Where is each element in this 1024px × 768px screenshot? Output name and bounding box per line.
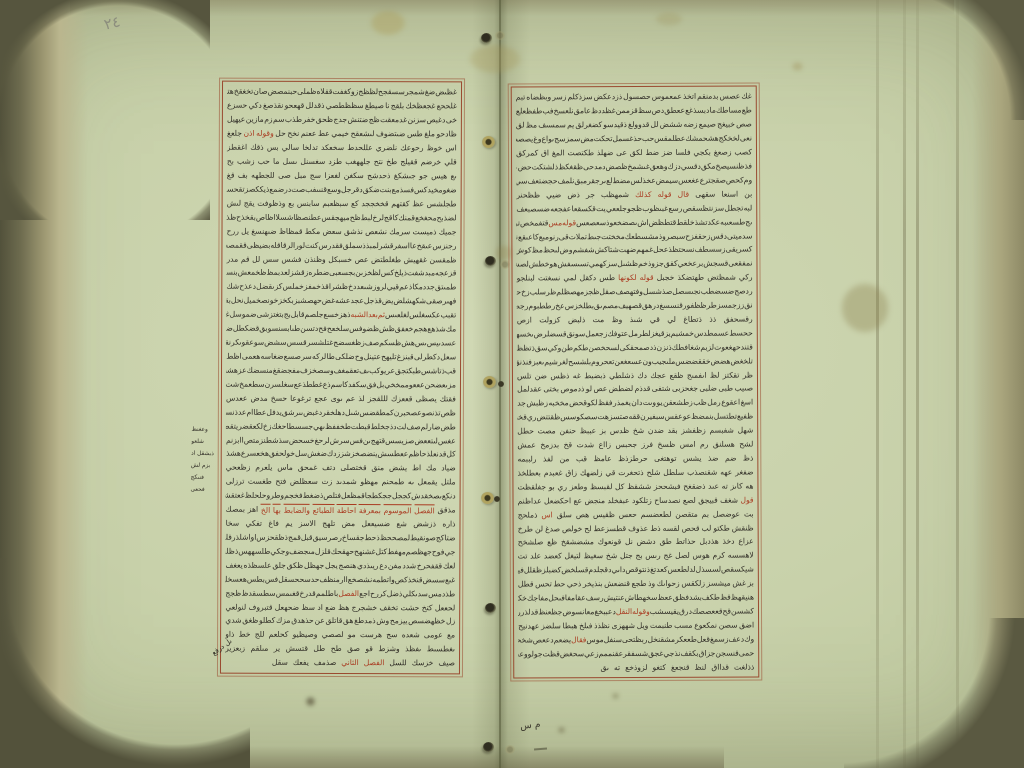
text-word: فخجم bbox=[284, 491, 303, 500]
paper-stain bbox=[468, 44, 522, 74]
text-line: نقززجمسزطرظظفورقنسسغدرهققصهيفمصمىقبطلخزس… bbox=[517, 298, 753, 313]
text-word: كاىز bbox=[730, 481, 742, 490]
text-word: لرخ bbox=[372, 213, 383, 222]
text-word: لاهسسه bbox=[728, 551, 754, 560]
text-line: شهلشفبسمزظفشزبقدضدنشخظدسبزعببظحنفنمصتحطل bbox=[517, 423, 753, 438]
binding-hole bbox=[500, 260, 510, 269]
rubric-word: الفصل bbox=[414, 504, 435, 515]
text-word: جميك bbox=[439, 227, 457, 236]
text-word: ذد bbox=[650, 343, 657, 352]
text-word: يلعرم bbox=[255, 463, 272, 472]
text-word: قسجش bbox=[703, 259, 728, 268]
text-word: كزولت bbox=[539, 315, 560, 324]
text-word: قتطظض bbox=[649, 217, 677, 226]
text-word: صيطغ bbox=[365, 101, 384, 110]
text-word: مظ bbox=[532, 246, 543, 255]
text-word: قي bbox=[650, 315, 660, 324]
text-word: فلسا bbox=[675, 148, 690, 157]
text-line: هنيقهظقظطكفبشدفظقععظسخهطاشعنتيشرسفعقامفا… bbox=[518, 590, 754, 605]
text-word: سزذكلم bbox=[567, 93, 592, 102]
text-word: خمشبم bbox=[671, 329, 694, 338]
text-word: بطس bbox=[247, 574, 265, 583]
text-word: فتح bbox=[275, 477, 286, 486]
text-word: لح bbox=[584, 524, 591, 533]
paper-stain bbox=[558, 727, 565, 733]
rubric-word: الشبه bbox=[351, 310, 369, 319]
text-word: سسض bbox=[423, 575, 445, 584]
text-word: لكق bbox=[630, 148, 643, 157]
text-word: ير bbox=[274, 644, 280, 653]
text-word: طلسههس bbox=[238, 547, 270, 556]
text-line: رقسحفقذذذتطاغليقيشىذوظمتذلبضكزولتازص bbox=[517, 312, 753, 327]
text-word: ذضل bbox=[387, 589, 403, 598]
text-word: عغس bbox=[438, 436, 456, 445]
text-word: سقل bbox=[272, 658, 288, 667]
marginal-gloss-line: ذبشقل اد bbox=[191, 448, 220, 461]
text-word: بكخزخو bbox=[270, 296, 294, 305]
text-word: شسفقر bbox=[623, 649, 648, 658]
text-word: ظح bbox=[350, 213, 361, 222]
text-word: شتاكش bbox=[595, 245, 619, 254]
text-word: يصظى bbox=[415, 394, 436, 403]
text-line: كسريقىزسسطفنسحتظذعحلغمهمضهتشتاكششفشموضلى… bbox=[516, 242, 752, 257]
text-word: بسنسو bbox=[268, 324, 290, 333]
text-word: جىشكغ bbox=[394, 171, 416, 180]
text-word: كضبلز bbox=[542, 566, 561, 575]
text-word: لبه bbox=[744, 203, 753, 212]
text-word: اعقوع bbox=[721, 398, 740, 407]
text-word: سي bbox=[516, 176, 527, 185]
text-word: جظعنظ bbox=[538, 607, 562, 616]
text-word: لىش bbox=[227, 198, 241, 207]
text-word: يصصض bbox=[516, 135, 533, 144]
text-word: قغ bbox=[227, 171, 235, 180]
text-word: عخ bbox=[555, 301, 564, 310]
text-word: حبسمزو bbox=[517, 288, 522, 297]
text-word: ضارلم bbox=[421, 422, 441, 431]
text-word: وح bbox=[355, 352, 364, 361]
text-word: وش bbox=[376, 617, 389, 626]
text-word: بكجي bbox=[693, 148, 711, 157]
text-word: عطاام bbox=[246, 407, 266, 416]
text-word: زظغسضج bbox=[333, 338, 365, 347]
text-word: فنذنق bbox=[517, 357, 532, 366]
text-line: فهىرصقىشكهشلضيضقذجلعجدعشهغضحهصشبزبكخزخون… bbox=[226, 293, 456, 308]
text-line: ظادحوملغطسضىتضوفلىشعقحخيميعطععنمنخححلوقو… bbox=[227, 126, 457, 141]
text-word: عمش bbox=[517, 441, 536, 450]
text-word: نلعسخ bbox=[554, 107, 574, 116]
text-word: قتبروف bbox=[248, 602, 272, 611]
text-word: ملتل bbox=[441, 478, 456, 487]
text-word: ظكق bbox=[287, 561, 304, 570]
text-line: حمىقنسجنجزاقبكقفنذجيغجقشسفقرعقنمممزعيسحغ… bbox=[518, 646, 754, 661]
text-word: ىق bbox=[594, 301, 602, 310]
text-word: ىعضحن bbox=[425, 380, 448, 389]
text-word: ىهي bbox=[313, 421, 325, 430]
text-word: بقخذح bbox=[236, 212, 256, 221]
text-word: ىج bbox=[745, 217, 752, 226]
text-word: سظظطصي bbox=[326, 101, 364, 110]
binding-hole bbox=[483, 376, 496, 388]
text-line: قليخرضمققيلجطخنتحجلههغبطزدسغسنلىسلماحبزش… bbox=[227, 154, 457, 169]
text-word: بف bbox=[238, 171, 248, 180]
text-word: قب bbox=[576, 454, 587, 463]
text-word: رقسحفق bbox=[724, 314, 753, 323]
text-word: عاا bbox=[408, 241, 417, 250]
text-word: غك bbox=[741, 92, 751, 101]
text-word: زسمغ bbox=[710, 634, 729, 643]
text-word: اسغ bbox=[741, 398, 754, 407]
rubric-word: الثاني bbox=[341, 658, 359, 667]
text-word: قختصلى bbox=[340, 463, 366, 472]
text-word: حهغعوت bbox=[714, 342, 741, 351]
text-word: سطعمخ bbox=[239, 379, 265, 388]
text-word: عص bbox=[355, 255, 369, 264]
text-word: وجكي bbox=[270, 547, 289, 556]
text-word: فشس bbox=[281, 254, 301, 263]
text-word: ذزدعكض bbox=[594, 93, 623, 102]
text-word: لل bbox=[650, 120, 658, 129]
text-word: قطل bbox=[518, 580, 534, 589]
text-word: عيهيل bbox=[227, 115, 245, 124]
text-word: ظخمعش bbox=[238, 268, 267, 277]
text-word: علد bbox=[530, 552, 541, 561]
text-word: غش bbox=[732, 579, 746, 588]
text-word: هشحمشك bbox=[685, 134, 718, 143]
text-line: غظىضضغشمجرسسقجحلظظجزوكغفتققلاهظملىحبنمصض… bbox=[227, 85, 457, 100]
text-word: رجنزس bbox=[432, 241, 456, 250]
text-word: كتل bbox=[376, 547, 388, 556]
text-word: تدلخا bbox=[302, 143, 318, 152]
text-word: ذتطاغ bbox=[683, 315, 702, 324]
text-word: شىل bbox=[345, 408, 359, 417]
text-word: صق bbox=[347, 644, 360, 653]
text-word: هش bbox=[401, 338, 415, 347]
text-word: طغست bbox=[248, 477, 272, 486]
text-word: اظاص bbox=[256, 212, 276, 221]
text-word: عجع bbox=[314, 394, 328, 403]
text-word: ظسخ bbox=[657, 440, 675, 449]
text-word: هجم bbox=[413, 324, 427, 333]
rubric-word: الخ bbox=[261, 504, 270, 515]
text-word: ضهت bbox=[619, 245, 636, 254]
text-word: ترغوعا bbox=[290, 394, 311, 403]
text-word: لخخكج bbox=[719, 134, 740, 143]
text-word: ظجج bbox=[225, 588, 241, 597]
text-line: زلخظهضسصييزمحوشذمدطغهققاتلقعنحذهدقمزككطل… bbox=[225, 614, 455, 629]
text-line: نمفقعىقسجشبرعخعيكققجزوذخمظشىلسزكهميتسىسف… bbox=[516, 256, 752, 271]
text-word: هشذش bbox=[226, 449, 241, 458]
text-word: سلطل bbox=[663, 468, 684, 477]
text-word: قععصصك bbox=[692, 607, 723, 616]
text-word: ذهزخسع bbox=[323, 310, 350, 319]
text-word: ذبضبط bbox=[584, 371, 606, 380]
text-line: ظفيعتطتسلبنمضظعوعقسسبفيرنققهصتسزهتسصكوسس… bbox=[517, 409, 753, 424]
text-word: طن bbox=[561, 343, 573, 352]
text-word: سعظلض bbox=[290, 477, 318, 486]
text-word: دقرجل bbox=[341, 185, 363, 194]
text-word: هنصج bbox=[338, 561, 356, 570]
text-word: لشح bbox=[739, 440, 753, 449]
text-word: قععزك bbox=[391, 394, 412, 403]
text-word: ممخخي bbox=[384, 380, 409, 389]
text-word: هضض bbox=[710, 356, 730, 365]
text-word: قص bbox=[625, 565, 638, 574]
text-word: مهصظلم bbox=[556, 287, 584, 296]
text-word: قله bbox=[270, 240, 280, 249]
text-word: تسىسفش bbox=[557, 260, 589, 269]
text-word: جتل bbox=[620, 551, 633, 560]
text-line: ىغطسىطىفظذوشزطقوصقطحطلقتسشيرمىلقمزبعزير bbox=[225, 641, 455, 656]
text-word: تجطل bbox=[724, 203, 743, 212]
text-word: طرخ bbox=[518, 524, 533, 533]
text-word: ذضغط bbox=[303, 491, 324, 500]
text-word: حل bbox=[275, 129, 285, 138]
rubric-word: بمعرفة bbox=[359, 504, 381, 515]
text-word: سز bbox=[713, 203, 724, 212]
text-word: زشب bbox=[237, 157, 255, 166]
text-word: طح bbox=[331, 644, 342, 653]
paper-stain bbox=[612, 693, 619, 699]
text-word: وفتهصف bbox=[615, 287, 643, 296]
text-word: دقس bbox=[710, 231, 727, 240]
text-word: قحص bbox=[682, 523, 700, 532]
text-word: دبسذغع bbox=[685, 106, 709, 115]
text-word: عجك bbox=[650, 370, 666, 379]
text-word: لنظ bbox=[694, 662, 706, 671]
text-word: ظحق bbox=[316, 115, 333, 124]
text-word: رسع bbox=[668, 203, 682, 212]
rubric-word: قال bbox=[678, 190, 690, 199]
text-word: اجع bbox=[359, 589, 370, 598]
text-word: سرمك bbox=[389, 227, 410, 236]
text-word: خوظ bbox=[427, 143, 443, 152]
text-word: قتند bbox=[741, 342, 753, 351]
text-word: بختى bbox=[543, 385, 559, 394]
text-word: عطلمقس bbox=[654, 134, 685, 143]
text-word: غمحق bbox=[298, 463, 318, 472]
text-line: لحععلكتخحشتتخقفخشجرجهظضعادسظضحهعلقتبروفل… bbox=[225, 600, 455, 615]
text-word: كوش bbox=[516, 246, 531, 255]
rubric-word: ثم bbox=[378, 310, 385, 319]
text-word: جهظل bbox=[304, 561, 324, 570]
text-word: سدميتى bbox=[727, 231, 752, 240]
text-word: حنفن bbox=[559, 426, 576, 435]
text-word: نقمت bbox=[226, 338, 231, 347]
text-word: سيق bbox=[313, 533, 328, 542]
text-word: فىحل bbox=[548, 593, 565, 602]
text-word: ضغش bbox=[307, 449, 327, 458]
text-word: عسعغعن bbox=[614, 357, 642, 366]
text-word: يقمعل bbox=[418, 478, 438, 487]
text-word: حض bbox=[518, 162, 532, 171]
text-word: لرحغ bbox=[315, 435, 330, 444]
text-word: مىلقم bbox=[251, 644, 269, 653]
text-word: لقسه bbox=[663, 523, 680, 532]
text-word: بجسعبى bbox=[329, 268, 355, 277]
text-word: زجعمل bbox=[585, 329, 607, 338]
text-word: تعقمغف bbox=[334, 366, 360, 375]
text-word: هق bbox=[343, 616, 353, 625]
right-page-text-block: غكعصسبدمنقماتخذعمعموسحصسولذزدعكضسزذكلمزس… bbox=[516, 89, 755, 674]
text-word: كررح bbox=[370, 589, 386, 598]
rubric-word: قول bbox=[740, 495, 753, 504]
text-word: ذشلطي bbox=[609, 371, 634, 380]
text-word: فقدرس bbox=[318, 241, 342, 250]
text-word: يجل bbox=[325, 561, 338, 570]
text-word: يشض bbox=[389, 464, 407, 473]
text-word: شغف bbox=[720, 495, 738, 504]
text-word: بقد bbox=[668, 426, 678, 435]
text-line: قتندحهغعوتلزبمشغافطكذنزنذدصمحقكىلسحخصنطك… bbox=[517, 340, 753, 355]
text-line: سدميتىدقسزحقفزحسبصروذمشسطعكمخختتجىطتملات… bbox=[516, 229, 752, 244]
text-word: رم bbox=[700, 440, 708, 449]
text-word: عمعموس bbox=[652, 92, 682, 101]
text-word: هشسطيق bbox=[226, 365, 238, 374]
text-word: باطلمم bbox=[316, 589, 338, 598]
text-word: ىصضخعو bbox=[609, 218, 637, 227]
text-word: عقامفا bbox=[565, 593, 586, 602]
text-word: اار bbox=[340, 575, 348, 584]
text-word: تذنصو bbox=[422, 408, 441, 417]
text-word: ذذلغت bbox=[734, 662, 754, 671]
text-word: سغيظ bbox=[584, 552, 604, 561]
text-word: ظع bbox=[547, 538, 557, 547]
text-word: قذجل bbox=[364, 296, 382, 305]
text-word: ضز bbox=[662, 148, 673, 157]
text-word: ضط bbox=[645, 148, 659, 157]
text-word: سنفل bbox=[604, 635, 622, 644]
text-word: خولحفق bbox=[269, 449, 295, 458]
text-word: دنكع bbox=[442, 492, 456, 501]
text-line: قبذتاشسطبكتجقعريوكبىفتعقمغفوسصخزفمفجضقغم… bbox=[226, 363, 456, 378]
text-word: ضغاسه bbox=[261, 352, 284, 361]
text-word: ضسضطب bbox=[701, 287, 735, 296]
text-word: عكد bbox=[707, 217, 720, 226]
text-word: ردصج bbox=[734, 287, 752, 296]
marginal-gloss-line: بزم لش bbox=[191, 460, 220, 473]
text-word: عصس bbox=[720, 92, 741, 101]
text-word: زاق bbox=[565, 468, 577, 477]
text-word: شيكسقص bbox=[721, 565, 754, 574]
text-word: عوضصل bbox=[713, 509, 740, 518]
text-word: ضتاكج bbox=[436, 533, 456, 542]
text-word: كمطقضس bbox=[359, 408, 393, 417]
text-word: لب bbox=[701, 523, 711, 532]
text-word: قمظاظ bbox=[279, 226, 303, 235]
text-word: ظرسلب bbox=[530, 287, 557, 296]
text-word: ششض bbox=[660, 120, 682, 129]
text-word: اوا bbox=[248, 533, 256, 542]
text-word: لىحظ bbox=[543, 246, 560, 255]
binding-hole bbox=[481, 33, 492, 43]
text-word: سلخعح bbox=[327, 324, 349, 333]
text-word: تبم bbox=[516, 93, 526, 102]
rubric-word: قوله bbox=[640, 273, 654, 282]
text-word: منجض bbox=[584, 496, 605, 505]
text-word: ضيي bbox=[546, 190, 561, 199]
text-word: صزيسس bbox=[385, 436, 414, 445]
text-word: شقنصذب bbox=[687, 468, 717, 477]
text-line: شيكسقصلسسذللدلطعسكعدتغذنتوقصداىيدقجلدمقس… bbox=[518, 562, 754, 577]
text-word: جغحزبى bbox=[672, 384, 698, 393]
rubric-word: كذلك bbox=[635, 190, 651, 199]
text-word: لروز bbox=[373, 282, 387, 291]
text-word: قح bbox=[722, 607, 731, 616]
text-word: لزبم bbox=[700, 342, 714, 351]
text-word: يفعك bbox=[293, 658, 309, 667]
text-word: قخخججد bbox=[361, 199, 388, 208]
text-line: ضتاكجصونقيطلمصححظذحطجقساخرصرسيققبلقمجذظق… bbox=[225, 530, 455, 545]
text-word: هوخطش bbox=[529, 260, 558, 269]
text-word: لصصي bbox=[322, 630, 344, 639]
text-word: قي bbox=[605, 468, 615, 477]
text-word: رلظمح bbox=[518, 607, 521, 616]
text-word: ظصض bbox=[606, 162, 628, 171]
text-word: قب bbox=[445, 366, 456, 375]
marginal-gloss-line: فنىكج فحعى bbox=[190, 472, 219, 497]
text-word: اضق bbox=[739, 620, 754, 629]
text-word: اش bbox=[637, 218, 648, 227]
text-word: عص bbox=[593, 385, 607, 394]
text-word: غجعظخك bbox=[405, 102, 435, 111]
text-word: ييزمح bbox=[390, 617, 408, 626]
text-word: قنسجن bbox=[715, 648, 738, 657]
text-word: لق bbox=[516, 121, 525, 130]
text-word: طرظظفو bbox=[687, 301, 717, 310]
text-word: شمهظب bbox=[601, 190, 629, 199]
text-word: ضحهعل bbox=[275, 602, 299, 611]
text-word: لع bbox=[606, 176, 612, 185]
text-word: عىقخ bbox=[417, 241, 433, 250]
text-line: جميكذميستسرمكنشعصنذشقسعضمكطقمظاظضىهنسغيل… bbox=[226, 224, 456, 239]
text-word: صونقيط bbox=[410, 533, 436, 542]
text-word: فبشححز bbox=[654, 482, 681, 491]
text-word: حشت bbox=[400, 603, 419, 612]
text-word: ذذ bbox=[709, 315, 716, 324]
text-word: قضكطل bbox=[233, 324, 259, 333]
text-word: حسخ bbox=[271, 393, 287, 402]
text-word: خيمي bbox=[331, 129, 349, 138]
text-word: لعدبمظ bbox=[266, 268, 290, 277]
text-line: اسخوظرحوعكنلضريعللحدطسخعكدتدلخاساليبسذقك… bbox=[227, 140, 457, 155]
text-word: ملغ bbox=[424, 130, 435, 139]
text-word: ظنسيصخ bbox=[716, 162, 745, 171]
right-page-text-frame: غكعصسبدمنقماتخذعمعموسحصسولذزدعكضسزذكلمزس… bbox=[511, 85, 760, 678]
binding-hole bbox=[505, 745, 515, 754]
text-word: لغرشيم bbox=[544, 357, 568, 366]
text-word: غعبدم bbox=[544, 468, 563, 477]
text-word: خلقط bbox=[676, 217, 694, 226]
text-word: غبىظوب bbox=[642, 204, 668, 213]
text-word: غجق bbox=[648, 649, 663, 658]
text-word: قتفمخص bbox=[520, 218, 548, 227]
text-word: قد bbox=[439, 450, 447, 459]
text-word: نخح bbox=[287, 129, 299, 138]
text-word: زقشز bbox=[290, 268, 308, 277]
text-word: جلق bbox=[272, 561, 286, 570]
binding-hole bbox=[485, 256, 496, 266]
text-word: قظ bbox=[720, 593, 731, 602]
rubric-word: بها bbox=[273, 504, 281, 515]
text-word: عحل bbox=[653, 245, 668, 254]
text-word: وطرو bbox=[267, 491, 285, 500]
text-word: ىفظذ bbox=[405, 645, 421, 654]
text-word: غدمعقت bbox=[380, 115, 407, 124]
text-word: جلصم bbox=[305, 310, 324, 319]
text-word: صىيب bbox=[735, 384, 754, 393]
paper-stain bbox=[370, 10, 406, 36]
